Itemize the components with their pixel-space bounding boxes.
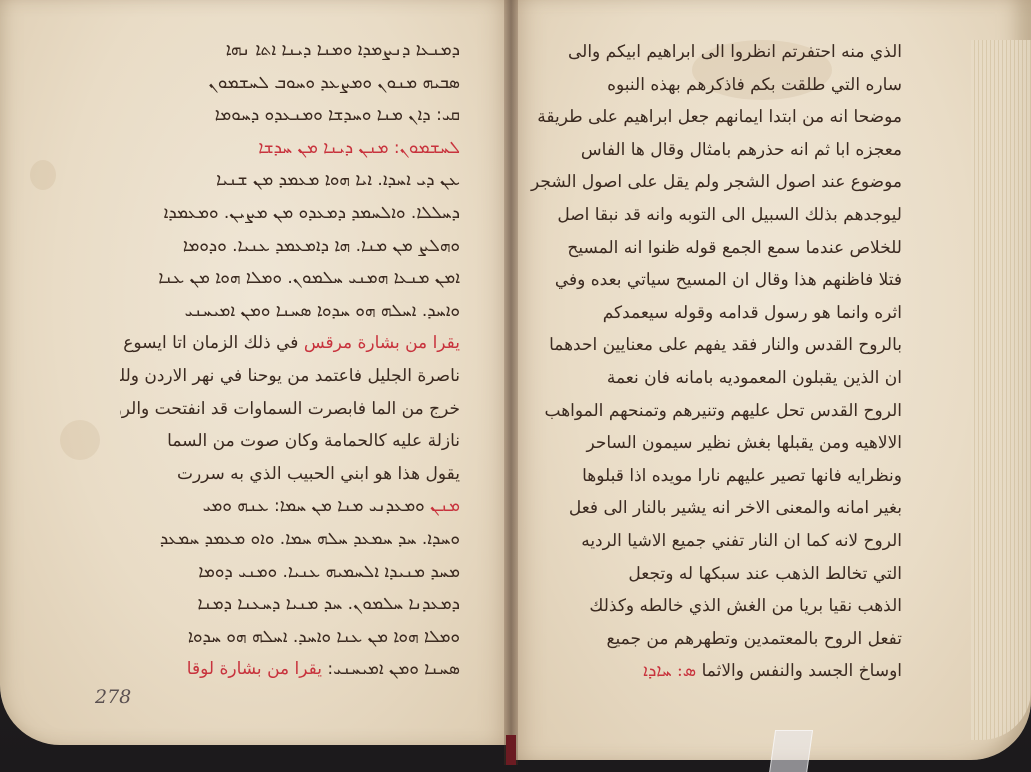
text-line: الروح لانه كما ان النار تفني جميع الاشيا… bbox=[522, 525, 902, 558]
text-line: ساره التي طلقت بكم فاذكرهم بهذه النبوه bbox=[522, 69, 902, 102]
page-edges bbox=[971, 40, 1031, 740]
text-line: معجزه ابا ثم انه حذرهم بامثال وقال ها ال… bbox=[522, 134, 902, 167]
text-line: التي تخالط الذهب عند سبكها له وتجعل bbox=[522, 558, 902, 591]
text-line: ܥܢ ܕܝ ܐܚܕܐ. ܐܝܐ ܗܘܐ ܡܥܡܕ ܡܢ ܫܢܝܐ bbox=[120, 164, 460, 197]
text-line: ܣܚܢܐ ܘܡܢ ܐܡܝܚܢܝ: يقرا من بشارة لوقا bbox=[120, 653, 460, 686]
text-span: ܘܡܥܕܢܝ ܡܢܐ ܡܢ ܚܡܐ: ܥܢܗ ܘܡܝ bbox=[203, 496, 431, 516]
text-line: الذهب نقيا بريا من الغش الذي خالطه وكذلك bbox=[522, 590, 902, 623]
text-line: موضحا انه من ابتدا ايمانهم جعل ابراهيم ع… bbox=[522, 101, 902, 134]
text-line: للخلاص عندما سمع الجمع قوله ظنوا انه الم… bbox=[522, 232, 902, 265]
text-line: يقول هذا هو ابني الحبيب الذي به سررت bbox=[120, 458, 460, 491]
text-line: الالاهيه ومن يقبلها بغش نظير سيمون الساح… bbox=[522, 427, 902, 460]
text-line: ܣܒܝܗ ܡܢܘܢ ܘܡܨܥܕ ܘܚܘܒ ܠܚܫܡܘܢ bbox=[120, 67, 460, 100]
binding-thread bbox=[506, 735, 516, 765]
text-span: اوساخ الجسد والنفس والاثما bbox=[702, 661, 902, 681]
text-line: ܐܡܢ ܡܢܥܐ ܗܡܢܝ ܚܠܡܘܢ. ܘܡܠܐ ܗܘܐ ܡܢ ܥܢܐ bbox=[120, 262, 460, 295]
text-line: بغير امانه والمعنى الاخر انه يشير بالنار… bbox=[522, 492, 902, 525]
rubric-marker: ܣ: ܚܐܕܐ bbox=[643, 661, 696, 681]
text-line: الروح القدس تحل عليهم وتنيرهم وتمنحهم ال… bbox=[522, 395, 902, 428]
rubric-line: ܠܚܫܡܘܢ: ܡܢܢ ܕܝܢܐ ܡܢ ܚܕܫܐ bbox=[120, 132, 460, 165]
text-line: ܘܡܠܐ ܗܘܐ ܡܢ ܥܢܐ ܘܐܚܕ. ܐܚܠܗ ܗܘ ܚܕܘܐ bbox=[120, 621, 460, 654]
stain bbox=[30, 160, 56, 190]
left-page-text: ܕܡܢܥܐ ܕܢܨܡܕܐ ܘܡܢܐ ܕܝܢܐ ܐܬܐ ܢܗܐ ܣܒܝܗ ܡܢܘܢ… bbox=[120, 34, 460, 686]
text-line: ܘܐܚܕ. ܐܚܠܗ ܗܘ ܚܕܘܐ ܣܚܢܐ ܘܡܢ ܐܡܝܚܢܝ bbox=[120, 295, 460, 328]
left-page: ܕܡܢܥܐ ܕܢܨܡܕܐ ܘܡܢܐ ܕܝܢܐ ܐܬܐ ܢܗܐ ܣܒܝܗ ܡܢܘܢ… bbox=[0, 0, 512, 745]
text-line: فتلا فاظنهم هذا وقال ان المسيح سياتي بعد… bbox=[522, 264, 902, 297]
text-line: الذي منه احتفرتم انظروا الى ابراهيم ابيك… bbox=[522, 36, 902, 69]
text-line: ܘܗܠܨ ܡܢ ܡܢܐ. ܗܐ ܕܐܡܥܡܕ ܥܢܝܐ. ܘܕܘܡܐ bbox=[120, 230, 460, 263]
text-line: تفعل الروح بالمعتمدين وتطهرهم من جميع bbox=[522, 623, 902, 656]
text-line: ܡܚܕ ܡܢܝܕܐ ܐܠܚܡܝܗ ܥܢܝܐ. ܘܡܢܝ ܕܘܡܐ bbox=[120, 556, 460, 589]
rubric-heading: يقرا من بشارة لوقا bbox=[187, 659, 322, 679]
text-line: يقرا من بشارة مرقس في ذلك الزمان اتا ايس… bbox=[120, 327, 460, 360]
text-line: ܕܚܠܠܐ. ܘܐܠܚܡܕ ܕܡܥܕܘ ܡܢ ܡܨܝܢ. ܘܡܥܡܕܐ bbox=[120, 197, 460, 230]
text-line: ܕܡܥܕܢܐ ܚܠܡܘܢ. ܚܕ ܡܢܝܐ ܕܚܥܢܐ ܕܡܢܐ bbox=[120, 588, 460, 621]
text-line: ان الذين يقبلون المعموديه بامانه فان نعم… bbox=[522, 362, 902, 395]
text-span: ܣܚܢܐ ܘܡܢ ܐܡܝܚܢܝ: bbox=[322, 659, 460, 679]
text-line: نازلة عليه كالحمامة وكان صوت من السما bbox=[120, 425, 460, 458]
folio-number: 278 bbox=[95, 686, 131, 708]
text-line: ܡܢܢ ܘܡܥܕܢܝ ܡܢܐ ܡܢ ܚܡܐ: ܥܢܗ ܘܡܝ bbox=[120, 490, 460, 523]
text-line: موضوع عند اصول الشجر ولم يقل على اصول ال… bbox=[522, 166, 902, 199]
rubric-heading: ܡܢܢ bbox=[430, 496, 460, 516]
text-line: ليوجدهم بذلك السبيل الى التوبه وانه قد ن… bbox=[522, 199, 902, 232]
rubric-heading: يقرا من بشارة مرقس bbox=[304, 333, 460, 353]
text-line: اوساخ الجسد والنفس والاثما ܣ: ܚܐܕܐ bbox=[522, 655, 902, 688]
text-line: اثره وانما هو رسول قدامه وقوله سيعمدكم bbox=[522, 297, 902, 330]
stain bbox=[60, 420, 100, 460]
right-page: الذي منه احتفرتم انظروا الى ابراهيم ابيك… bbox=[512, 0, 1031, 760]
page-tab bbox=[769, 730, 813, 772]
right-page-text: الذي منه احتفرتم انظروا الى ابراهيم ابيك… bbox=[522, 36, 902, 688]
text-line: بالروح القدس والنار فقد يفهم على معنايين… bbox=[522, 329, 902, 362]
book-gutter bbox=[504, 0, 518, 765]
text-line: ونظرايه فانها تصير عليهم نارا مويده اذا … bbox=[522, 460, 902, 493]
text-line: ܘܚܕܐ. ܚܕ ܚܡܥܕ ܚܠܗ ܚܡܐ. ܘܐܘ ܡܥܡܕ ܚܡܥܕ bbox=[120, 523, 460, 556]
text-line: ناصرة الجليل فاعتمد من يوحنا في نهر الار… bbox=[120, 360, 460, 393]
text-line: خرج من الما فابصرت السماوات قد انفتحت وا… bbox=[120, 393, 460, 426]
text-line: ܕܡܢܥܐ ܕܢܨܡܕܐ ܘܡܢܐ ܕܝܢܐ ܐܬܐ ܢܗܐ bbox=[120, 34, 460, 67]
text-line: ܩܝ: ܕܐܢ ܡܢܐ ܘܚܕܫܐ ܘܡܢܥܕܘ ܕܚܘܡܐ bbox=[120, 99, 460, 132]
text-span: في ذلك الزمان اتا ايسوع من bbox=[120, 333, 304, 353]
